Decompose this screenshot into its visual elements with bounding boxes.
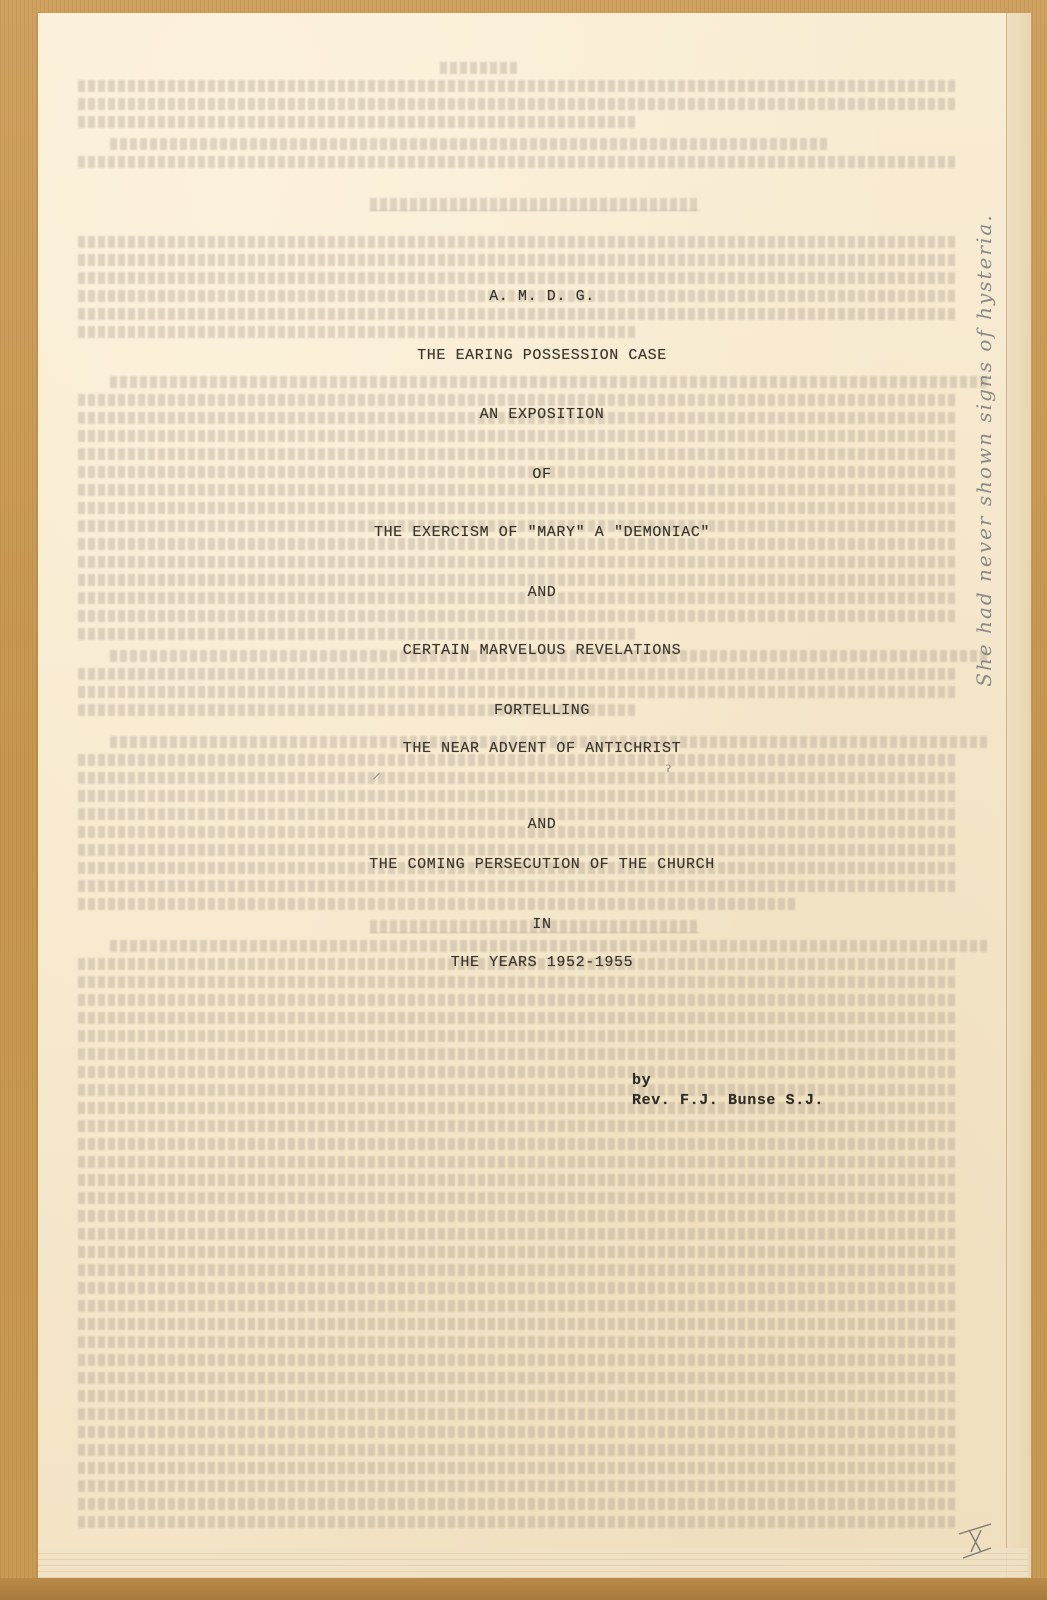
subtitle-of: OF bbox=[0, 466, 1047, 483]
case-title: THE EARING POSSESSION CASE bbox=[0, 347, 1047, 364]
subtitle-in: IN bbox=[0, 916, 1047, 933]
subtitle-and-2: AND bbox=[0, 816, 1047, 833]
title-block: A. M. D. G. THE EARING POSSESSION CASE A… bbox=[0, 0, 1047, 1600]
subtitle-fortelling: FORTELLING bbox=[0, 702, 1047, 719]
dedication-amdg: A. M. D. G. bbox=[0, 288, 1047, 305]
byline-author: Rev. F.J. Bunse S.J. bbox=[632, 1092, 824, 1109]
handwritten-margin-note: She had never shown signs of hysteria. bbox=[972, 100, 998, 800]
subtitle-antichrist: THE NEAR ADVENT OF ANTICHRIST bbox=[0, 740, 1047, 757]
pencil-mark: ˀ bbox=[665, 762, 672, 783]
byline-by: by bbox=[632, 1072, 651, 1089]
subtitle-revelations: CERTAIN MARVELOUS REVELATIONS bbox=[0, 642, 1047, 659]
subtitle-years: THE YEARS 1952-1955 bbox=[0, 954, 1047, 971]
subtitle-exposition: AN EXPOSITION bbox=[0, 406, 1047, 423]
subtitle-and-1: AND bbox=[0, 584, 1047, 601]
pencil-mark: ⸝ bbox=[372, 760, 381, 784]
corner-x-mark-icon bbox=[955, 1520, 995, 1560]
subtitle-persecution: THE COMING PERSECUTION OF THE CHURCH bbox=[0, 856, 1047, 873]
subtitle-exorcism: THE EXERCISM OF "MARY" A "DEMONIAC" bbox=[0, 524, 1047, 541]
